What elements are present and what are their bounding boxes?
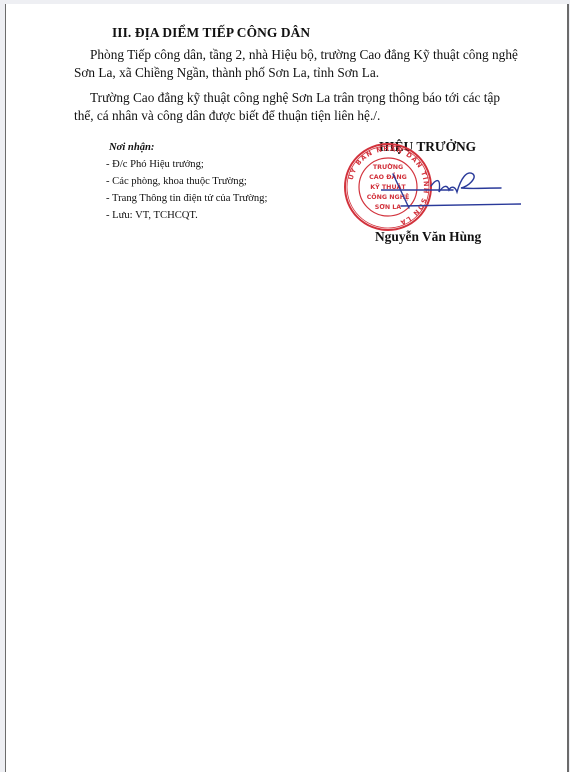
recipient-item: - Đ/c Phó Hiệu trưởng; [106, 159, 204, 170]
recipients-title: Nơi nhận: [109, 142, 154, 153]
recipient-item: - Trang Thông tin điện tử của Trường; [106, 193, 267, 204]
signer-name: Nguyễn Văn Hùng [375, 229, 481, 245]
recipient-item: - Các phòng, khoa thuộc Trường; [106, 176, 247, 187]
paragraph-notice-line1: Trường Cao đẳng kỹ thuật công nghệ Sơn L… [90, 89, 500, 107]
document-page: III. ĐỊA DIỂM TIẾP CÔNG DÂN Phòng Tiếp c… [5, 4, 569, 772]
paragraph-notice-line2: thể, cá nhân và công dân được biết để th… [74, 107, 380, 125]
paragraph-location-line1: Phòng Tiếp công dân, tầng 2, nhà Hiệu bộ… [90, 46, 518, 64]
section-heading: III. ĐỊA DIỂM TIẾP CÔNG DÂN [112, 25, 310, 41]
recipient-item: - Lưu: VT, TCHCQT. [106, 210, 198, 221]
paragraph-location-line2: Sơn La, xã Chiềng Ngần, thành phố Sơn La… [74, 64, 379, 82]
signature-icon [381, 164, 521, 224]
